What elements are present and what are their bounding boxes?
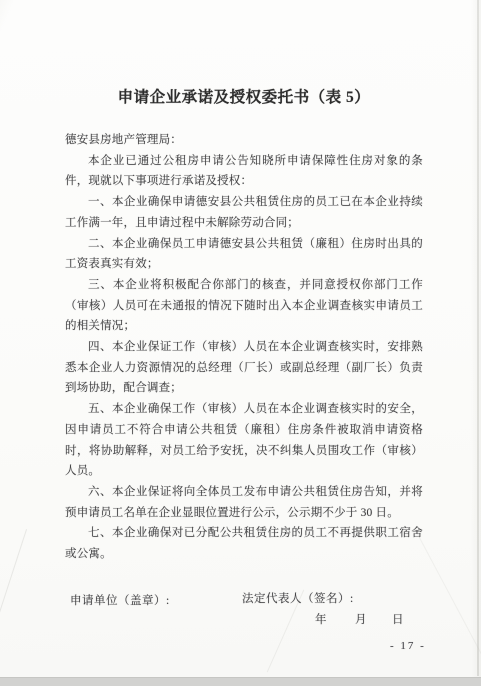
clause-paragraph-2: 二、本企业确保员工申请德安县公共租赁（廉租）住房时出具的工资表真实有效； <box>65 234 423 275</box>
page-number: - 17 - <box>390 640 426 652</box>
document-title: 申请企业承诺及授权委托书（表 5） <box>65 87 423 109</box>
clause-paragraph-1: 一、本企业确保申请德安县公共租赁住房的员工已在本企业持续工作满一年，且申请过程中… <box>65 192 423 233</box>
applicant-seal-label: 申请单位（盖章）: <box>70 592 170 608</box>
signature-row: 申请单位（盖章）: 法定代表人（签名）: <box>0 590 481 608</box>
clause-paragraph-6: 六、本企业保证将向全体员工发布申请公共租赁住房告知，并将预申请员工名单在企业显眼… <box>65 482 423 523</box>
salutation: 德安县房地产管理局： <box>65 130 423 151</box>
scanned-page: 申请企业承诺及授权委托书（表 5） 德安县房地产管理局： 本企业已通过公租房申请… <box>0 0 481 686</box>
intro-paragraph: 本企业已通过公租房申请公告知晓所申请保障性住房对象的条件，现就以下事项进行承诺及… <box>65 151 423 192</box>
date-line: 年 月 日 <box>0 611 481 629</box>
scan-bottom-edge <box>0 677 481 686</box>
clause-paragraph-7: 七、本企业确保对已分配公共租赁住房的员工不再提供职工宿舍或公寓。 <box>65 523 423 564</box>
clause-paragraph-5: 五、本企业确保工作（审核）人员在本企业调查核实时的安全，因申请员工不符合申请公共… <box>65 399 423 482</box>
date-month-label: 月 <box>355 611 367 627</box>
clause-paragraph-4: 四、本企业保证工作（审核）人员在本企业调查核实时，安排熟悉本企业人力资源情况的总… <box>65 337 423 399</box>
document-body: 德安县房地产管理局： 本企业已通过公租房申请公告知晓所申请保障性住房对象的条件，… <box>65 130 423 565</box>
date-day-label: 日 <box>392 611 404 627</box>
date-year-label: 年 <box>315 611 327 627</box>
clause-paragraph-3: 三、本企业将积极配合你部门的核查，并同意授权你部门工作（审核）人员可在未通报的情… <box>65 275 423 337</box>
scan-edge-line <box>477 0 479 676</box>
